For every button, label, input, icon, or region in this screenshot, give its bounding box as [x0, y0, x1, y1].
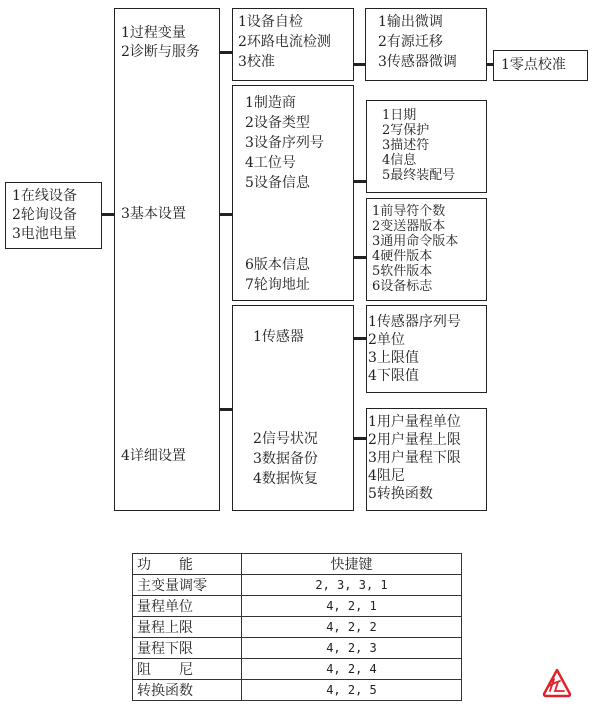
calib-item: 1输出微调	[378, 13, 443, 32]
basic-item: 1制造商	[245, 94, 296, 113]
device-info-item: 2写保护	[382, 123, 429, 138]
table-row: 阻 尼4, 2, 4	[133, 659, 462, 680]
table-row: 量程下限4, 2, 3	[133, 638, 462, 659]
diag-item: 3校准	[238, 53, 275, 72]
sensor-item: 3上限值	[368, 349, 419, 368]
table-row: 量程单位4, 2, 1	[133, 596, 462, 617]
sensor-item: 4下限值	[368, 367, 419, 386]
hl-triangle-logo-icon	[542, 668, 572, 698]
table-row: 转换函数4, 2, 5	[133, 680, 462, 701]
detail-item: 1传感器	[253, 328, 304, 347]
device-info-item: 1日期	[382, 108, 416, 123]
shortcut-table: 功 能 快捷键 主变量调零2, 3, 3, 1 量程单位4, 2, 1 量程上限…	[132, 553, 462, 701]
shortcut-cell: 4, 2, 1	[242, 596, 462, 617]
root-menu-item: 3电池电量	[12, 225, 77, 244]
signal-item: 4阻尼	[368, 467, 405, 486]
root-menu-item: 1在线设备	[12, 187, 77, 206]
level1-item-diagnostics: 2诊断与服务	[121, 43, 200, 62]
calib-item: 2有源迁移	[378, 33, 443, 52]
connector	[220, 213, 232, 216]
basic-item: 3设备序列号	[245, 134, 324, 153]
sensor-item: 1传感器序列号	[368, 313, 461, 332]
function-cell: 量程上限	[133, 617, 242, 638]
signal-item: 1用户量程单位	[368, 413, 461, 432]
calib-item: 3传感器微调	[378, 53, 457, 72]
level1-item-basic-setup: 3基本设置	[121, 205, 186, 224]
shortcut-cell: 4, 2, 3	[242, 638, 462, 659]
connector	[354, 437, 366, 440]
connector	[354, 180, 366, 183]
connector	[220, 51, 232, 54]
device-info-item: 5最终装配号	[382, 168, 455, 183]
detail-item: 3数据备份	[253, 450, 318, 469]
version-info-item: 1前导符个数	[372, 204, 445, 219]
shortcut-cell: 4, 2, 5	[242, 680, 462, 701]
table-header: 功 能 快捷键	[133, 554, 462, 575]
shortcut-cell: 4, 2, 2	[242, 617, 462, 638]
connector	[354, 337, 366, 340]
shortcut-cell: 2, 3, 3, 1	[242, 575, 462, 596]
shortcut-cell: 4, 2, 4	[242, 659, 462, 680]
connector	[354, 256, 366, 259]
basic-item: 7轮询地址	[245, 276, 310, 295]
basic-item: 2设备类型	[245, 114, 310, 133]
version-info-item: 3通用命令版本	[372, 234, 458, 249]
detail-item: 2信号状况	[253, 430, 318, 449]
table-row: 量程上限4, 2, 2	[133, 617, 462, 638]
diag-item: 2环路电流检测	[238, 33, 331, 52]
version-info-item: 6设备标志	[372, 279, 432, 294]
signal-item: 5转换函数	[368, 485, 433, 504]
signal-item: 3用户量程下限	[368, 449, 461, 468]
function-cell: 阻 尼	[133, 659, 242, 680]
connector	[102, 213, 114, 216]
sensor-trim-item: 1零点校准	[501, 56, 566, 75]
function-cell: 量程下限	[133, 638, 242, 659]
signal-item: 2用户量程上限	[368, 431, 461, 450]
level1-menu-box	[114, 8, 220, 511]
level1-item-detailed-setup: 4详细设置	[121, 447, 186, 466]
header-function: 功 能	[133, 554, 242, 575]
function-cell: 量程单位	[133, 596, 242, 617]
diag-item: 1设备自检	[238, 13, 303, 32]
level1-item-process-variable: 1过程变量	[121, 24, 186, 43]
version-info-item: 5软件版本	[372, 264, 432, 279]
version-info-item: 2变送器版本	[372, 219, 445, 234]
device-info-item: 3描述符	[382, 138, 429, 153]
device-info-item: 4信息	[382, 153, 416, 168]
table-row: 主变量调零2, 3, 3, 1	[133, 575, 462, 596]
version-info-item: 4硬件版本	[372, 249, 432, 264]
basic-item: 5设备信息	[245, 174, 310, 193]
sensor-item: 2单位	[368, 331, 405, 350]
detail-item: 4数据恢复	[253, 470, 318, 489]
basic-item: 4工位号	[245, 154, 296, 173]
basic-item: 6版本信息	[245, 256, 310, 275]
root-menu-item: 2轮询设备	[12, 206, 77, 225]
connector	[220, 408, 232, 411]
function-cell: 主变量调零	[133, 575, 242, 596]
function-cell: 转换函数	[133, 680, 242, 701]
header-shortcut: 快捷键	[242, 554, 462, 575]
